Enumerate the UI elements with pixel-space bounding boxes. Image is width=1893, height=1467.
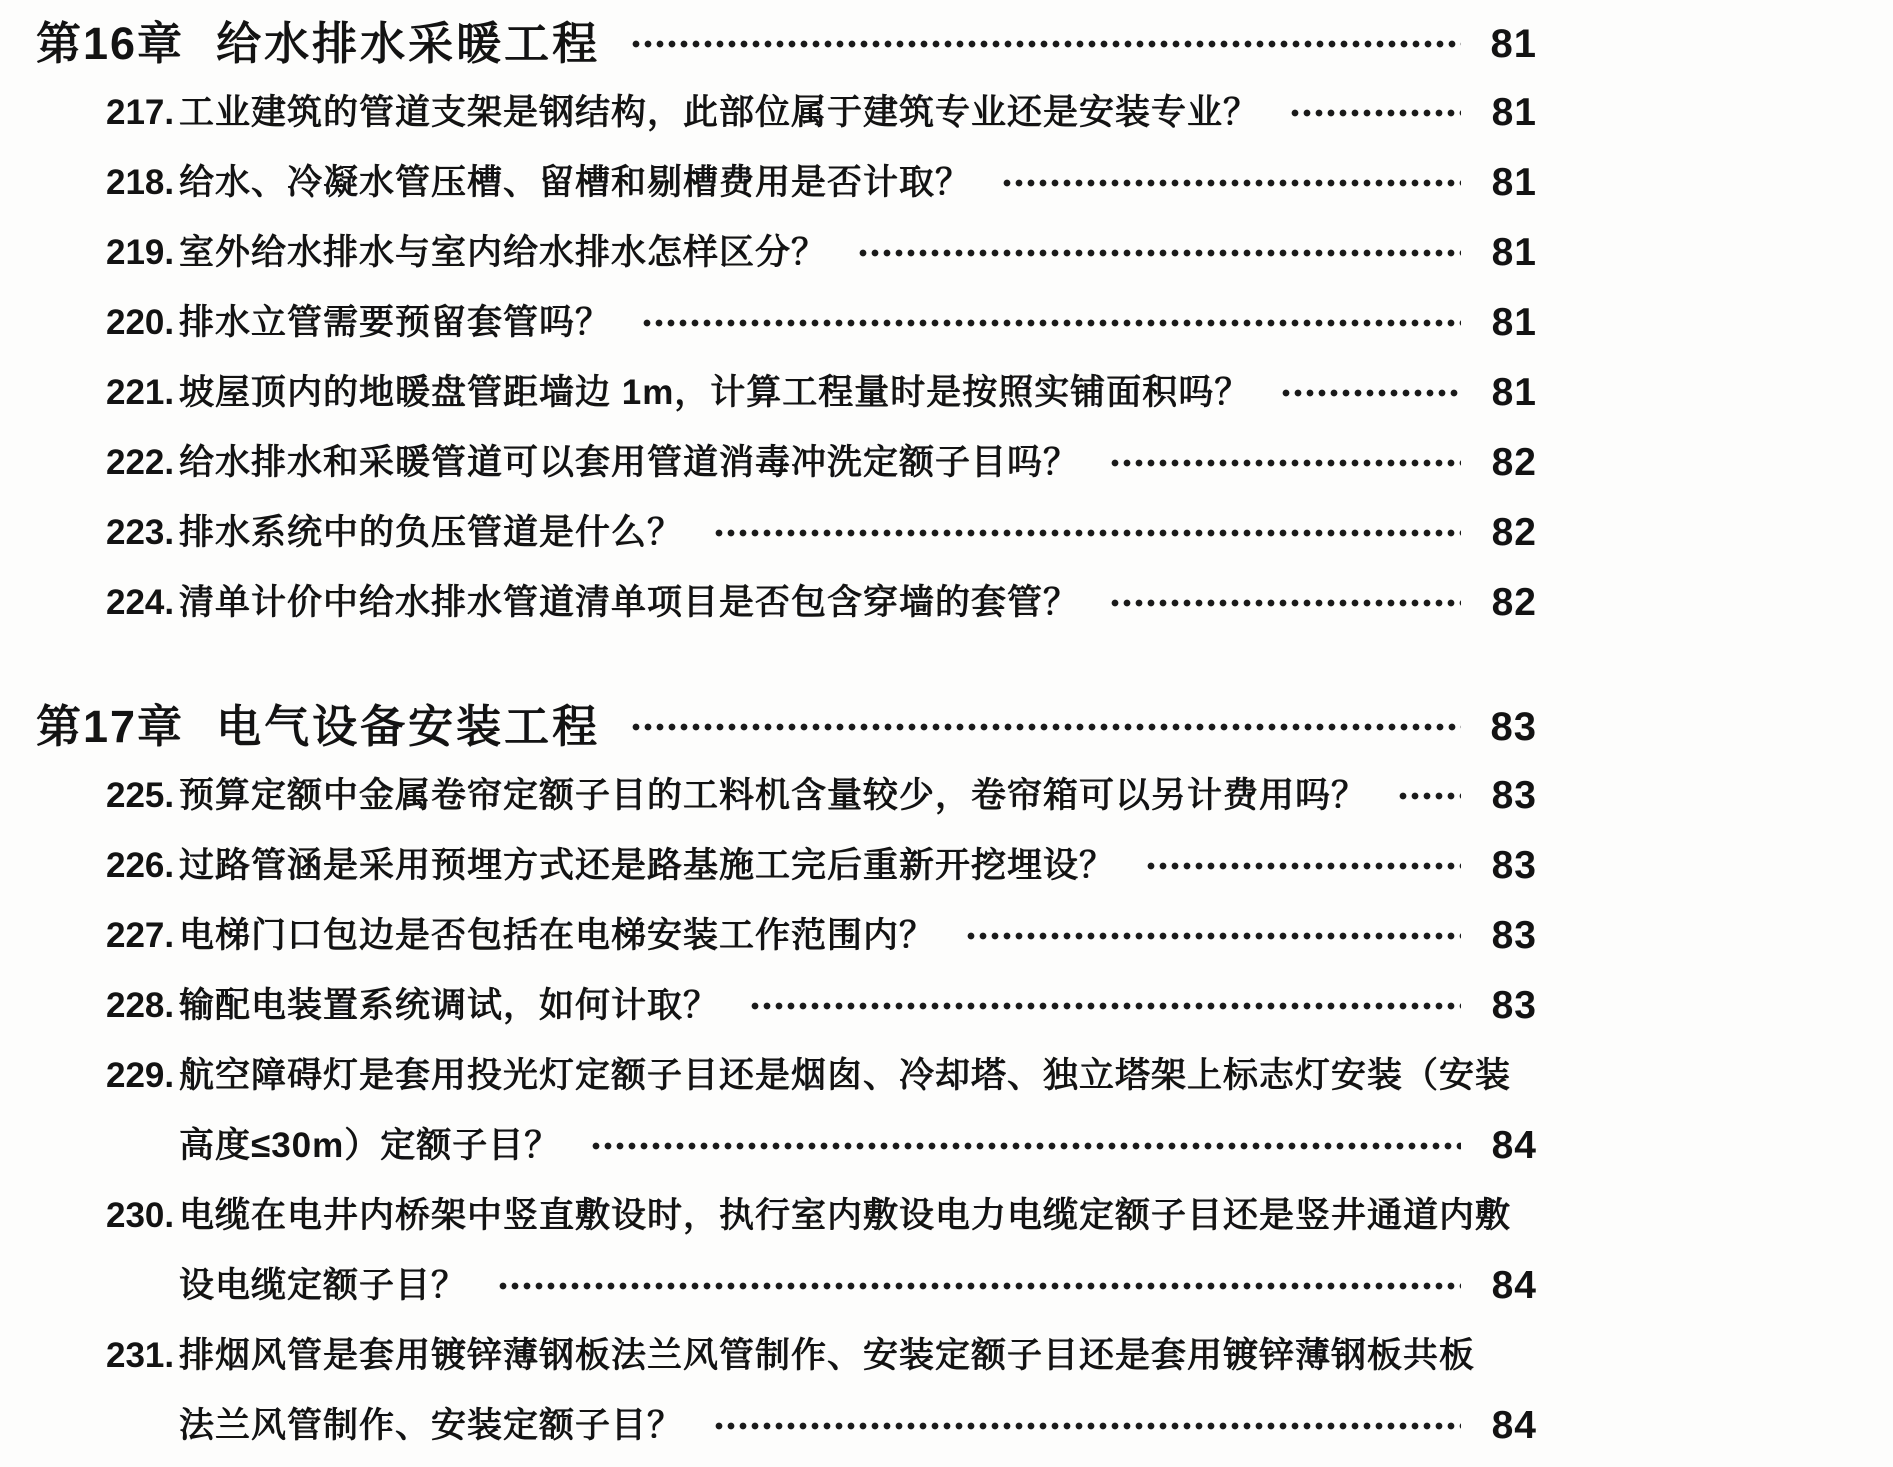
entry-text: 航空障碍灯是套用投光灯定额子目还是烟囱、冷却塔、独立塔架上标志灯安装（安装: [179, 1041, 1511, 1111]
page-number: 84: [1475, 1391, 1537, 1461]
page-number: 84: [1475, 1111, 1537, 1181]
page-number: 82: [1475, 428, 1537, 498]
entry-body: 坡屋顶内的地暖盘管距墙边 1m，计算工程量时是按照实铺面积吗？81: [179, 358, 1537, 428]
toc-entry: 221.坡屋顶内的地暖盘管距墙边 1m，计算工程量时是按照实铺面积吗？81: [106, 358, 1537, 428]
entry-text: 设电缆定额子目？: [179, 1251, 467, 1321]
dot-leader: [713, 1420, 1461, 1432]
toc-entry: 229.航空障碍灯是套用投光灯定额子目还是烟囱、冷却塔、独立塔架上标志灯安装（安…: [106, 1041, 1537, 1181]
entry-number: 220.: [106, 288, 179, 358]
entry-line: 排水立管需要预留套管吗？81: [179, 288, 1537, 358]
entry-number: 225.: [106, 761, 179, 831]
entry-body: 给水排水和采暖管道可以套用管道消毒冲洗定额子目吗？82: [179, 428, 1537, 498]
entry-number: 221.: [106, 358, 179, 428]
dot-leader: [1289, 107, 1461, 119]
page-number: 84: [1475, 1251, 1537, 1321]
entry-line: 室外给水排水与室内给水排水怎样区分？81: [179, 218, 1537, 288]
toc-entry: 217.工业建筑的管道支架是钢结构，此部位属于建筑专业还是安装专业？81: [106, 78, 1537, 148]
entry-number: 228.: [106, 971, 179, 1041]
entry-body: 过路管涵是采用预埋方式还是路基施工完后重新开挖埋设？83: [179, 831, 1537, 901]
dot-leader: [857, 247, 1461, 259]
dot-leader: [630, 38, 1461, 51]
entry-text: 法兰风管制作、安装定额子目？: [179, 1391, 683, 1461]
entry-number: 226.: [106, 831, 179, 901]
toc-entry: 225.预算定额中金属卷帘定额子目的工料机含量较少，卷帘箱可以另计费用吗？83: [106, 761, 1537, 831]
entry-line: 坡屋顶内的地暖盘管距墙边 1m，计算工程量时是按照实铺面积吗？81: [179, 358, 1537, 428]
entry-text: 工业建筑的管道支架是钢结构，此部位属于建筑专业还是安装专业？: [179, 78, 1259, 148]
entry-body: 输配电装置系统调试，如何计取？83: [179, 971, 1537, 1041]
entry-line: 电缆在电井内桥架中竖直敷设时，执行室内敷设电力电缆定额子目还是竖井通道内敷: [179, 1181, 1537, 1251]
entry-text: 过路管涵是采用预埋方式还是路基施工完后重新开挖埋设？: [179, 831, 1115, 901]
dot-leader: [1001, 177, 1461, 189]
dot-leader: [1109, 597, 1461, 609]
dot-leader: [497, 1280, 1461, 1292]
entry-line: 过路管涵是采用预埋方式还是路基施工完后重新开挖埋设？83: [179, 831, 1537, 901]
chapter-title: 电气设备安装工程: [216, 693, 600, 761]
entry-line: 排烟风管是套用镀锌薄钢板法兰风管制作、安装定额子目还是套用镀锌薄钢板共板: [179, 1321, 1537, 1391]
entry-line: 电梯门口包边是否包括在电梯安装工作范围内？83: [179, 901, 1537, 971]
dot-leader: [1397, 790, 1461, 802]
toc-entry: 224.清单计价中给水排水管道清单项目是否包含穿墙的套管？82: [106, 568, 1537, 638]
entry-text: 预算定额中金属卷帘定额子目的工料机含量较少，卷帘箱可以另计费用吗？: [179, 761, 1367, 831]
entry-number: 218.: [106, 148, 179, 218]
dot-leader: [641, 317, 1461, 329]
toc-entry: 222.给水排水和采暖管道可以套用管道消毒冲洗定额子目吗？82: [106, 428, 1537, 498]
dot-leader: [965, 930, 1461, 942]
entry-line: 排水系统中的负压管道是什么？82: [179, 498, 1537, 568]
toc-entry: 220.排水立管需要预留套管吗？81: [106, 288, 1537, 358]
toc-entry: 226.过路管涵是采用预埋方式还是路基施工完后重新开挖埋设？83: [106, 831, 1537, 901]
dot-leader: [1109, 457, 1461, 469]
toc-page: 第16章给水排水采暖工程81217.工业建筑的管道支架是钢结构，此部位属于建筑专…: [0, 0, 1893, 1467]
entry-body: 室外给水排水与室内给水排水怎样区分？81: [179, 218, 1537, 288]
chapter-label: 第17章: [36, 693, 184, 761]
entry-line: 高度≤30m）定额子目？84: [179, 1111, 1537, 1181]
toc-entry: 228.输配电装置系统调试，如何计取？83: [106, 971, 1537, 1041]
entry-body: 清单计价中给水排水管道清单项目是否包含穿墙的套管？82: [179, 568, 1537, 638]
chapter-heading: 第17章电气设备安装工程83: [36, 693, 1537, 761]
page-number: 81: [1475, 10, 1537, 78]
page-number: 81: [1475, 288, 1537, 358]
dot-leader: [590, 1140, 1461, 1152]
toc-entry: 231.排烟风管是套用镀锌薄钢板法兰风管制作、安装定额子目还是套用镀锌薄钢板共板…: [106, 1321, 1537, 1461]
entry-body: 排烟风管是套用镀锌薄钢板法兰风管制作、安装定额子目还是套用镀锌薄钢板共板法兰风管…: [179, 1321, 1537, 1461]
entry-body: 排水立管需要预留套管吗？81: [179, 288, 1537, 358]
toc-entry: 223.排水系统中的负压管道是什么？82: [106, 498, 1537, 568]
entry-line: 设电缆定额子目？84: [179, 1251, 1537, 1321]
entry-line: 预算定额中金属卷帘定额子目的工料机含量较少，卷帘箱可以另计费用吗？83: [179, 761, 1537, 831]
page-number: 81: [1475, 148, 1537, 218]
entry-line: 给水、冷凝水管压槽、留槽和剔槽费用是否计取？81: [179, 148, 1537, 218]
entry-number: 224.: [106, 568, 179, 638]
entry-line: 工业建筑的管道支架是钢结构，此部位属于建筑专业还是安装专业？81: [179, 78, 1537, 148]
entry-number: 219.: [106, 218, 179, 288]
chapter-label: 第16章: [36, 10, 184, 78]
entry-line: 输配电装置系统调试，如何计取？83: [179, 971, 1537, 1041]
page-number: 81: [1475, 78, 1537, 148]
entry-body: 电缆在电井内桥架中竖直敷设时，执行室内敷设电力电缆定额子目还是竖井通道内敷设电缆…: [179, 1181, 1537, 1321]
dot-leader: [1280, 387, 1461, 399]
entry-body: 预算定额中金属卷帘定额子目的工料机含量较少，卷帘箱可以另计费用吗？83: [179, 761, 1537, 831]
page-number: 82: [1475, 498, 1537, 568]
dot-leader: [630, 721, 1461, 734]
entry-text: 给水、冷凝水管压槽、留槽和剔槽费用是否计取？: [179, 148, 971, 218]
entry-text: 坡屋顶内的地暖盘管距墙边 1m，计算工程量时是按照实铺面积吗？: [179, 358, 1250, 428]
toc-entry: 219.室外给水排水与室内给水排水怎样区分？81: [106, 218, 1537, 288]
page-number: 82: [1475, 568, 1537, 638]
entry-number: 223.: [106, 498, 179, 568]
toc-entry: 230.电缆在电井内桥架中竖直敷设时，执行室内敷设电力电缆定额子目还是竖井通道内…: [106, 1181, 1537, 1321]
page-number: 83: [1475, 761, 1537, 831]
entry-body: 航空障碍灯是套用投光灯定额子目还是烟囱、冷却塔、独立塔架上标志灯安装（安装高度≤…: [179, 1041, 1537, 1181]
entry-number: 222.: [106, 428, 179, 498]
page-number: 81: [1475, 358, 1537, 428]
entry-text: 排烟风管是套用镀锌薄钢板法兰风管制作、安装定额子目还是套用镀锌薄钢板共板: [179, 1321, 1475, 1391]
page-number: 83: [1475, 901, 1537, 971]
dot-leader: [1145, 860, 1461, 872]
entry-body: 工业建筑的管道支架是钢结构，此部位属于建筑专业还是安装专业？81: [179, 78, 1537, 148]
chapter-title: 给水排水采暖工程: [216, 10, 600, 78]
entry-number: 217.: [106, 78, 179, 148]
page-number: 83: [1475, 693, 1537, 761]
entry-text: 高度≤30m）定额子目？: [179, 1111, 560, 1181]
entry-text: 排水系统中的负压管道是什么？: [179, 498, 683, 568]
entry-line: 法兰风管制作、安装定额子目？84: [179, 1391, 1537, 1461]
entry-body: 给水、冷凝水管压槽、留槽和剔槽费用是否计取？81: [179, 148, 1537, 218]
entry-text: 排水立管需要预留套管吗？: [179, 288, 611, 358]
dot-leader: [749, 1000, 1461, 1012]
entry-body: 电梯门口包边是否包括在电梯安装工作范围内？83: [179, 901, 1537, 971]
entry-text: 清单计价中给水排水管道清单项目是否包含穿墙的套管？: [179, 568, 1079, 638]
page-number: 83: [1475, 831, 1537, 901]
chapter-heading: 第16章给水排水采暖工程81: [36, 10, 1537, 78]
entry-body: 排水系统中的负压管道是什么？82: [179, 498, 1537, 568]
dot-leader: [713, 527, 1461, 539]
entry-text: 室外给水排水与室内给水排水怎样区分？: [179, 218, 827, 288]
toc-entry: 227.电梯门口包边是否包括在电梯安装工作范围内？83: [106, 901, 1537, 971]
entry-text: 给水排水和采暖管道可以套用管道消毒冲洗定额子目吗？: [179, 428, 1079, 498]
entry-line: 给水排水和采暖管道可以套用管道消毒冲洗定额子目吗？82: [179, 428, 1537, 498]
toc-list: 第16章给水排水采暖工程81217.工业建筑的管道支架是钢结构，此部位属于建筑专…: [36, 10, 1537, 1461]
entry-number: 230.: [106, 1181, 179, 1321]
entry-line: 航空障碍灯是套用投光灯定额子目还是烟囱、冷却塔、独立塔架上标志灯安装（安装: [179, 1041, 1537, 1111]
entry-text: 电缆在电井内桥架中竖直敷设时，执行室内敷设电力电缆定额子目还是竖井通道内敷: [179, 1181, 1511, 1251]
toc-entry: 218.给水、冷凝水管压槽、留槽和剔槽费用是否计取？81: [106, 148, 1537, 218]
entry-number: 229.: [106, 1041, 179, 1181]
entry-text: 输配电装置系统调试，如何计取？: [179, 971, 719, 1041]
entry-line: 清单计价中给水排水管道清单项目是否包含穿墙的套管？82: [179, 568, 1537, 638]
page-number: 83: [1475, 971, 1537, 1041]
entry-text: 电梯门口包边是否包括在电梯安装工作范围内？: [179, 901, 935, 971]
entry-number: 227.: [106, 901, 179, 971]
entry-number: 231.: [106, 1321, 179, 1461]
page-number: 81: [1475, 218, 1537, 288]
